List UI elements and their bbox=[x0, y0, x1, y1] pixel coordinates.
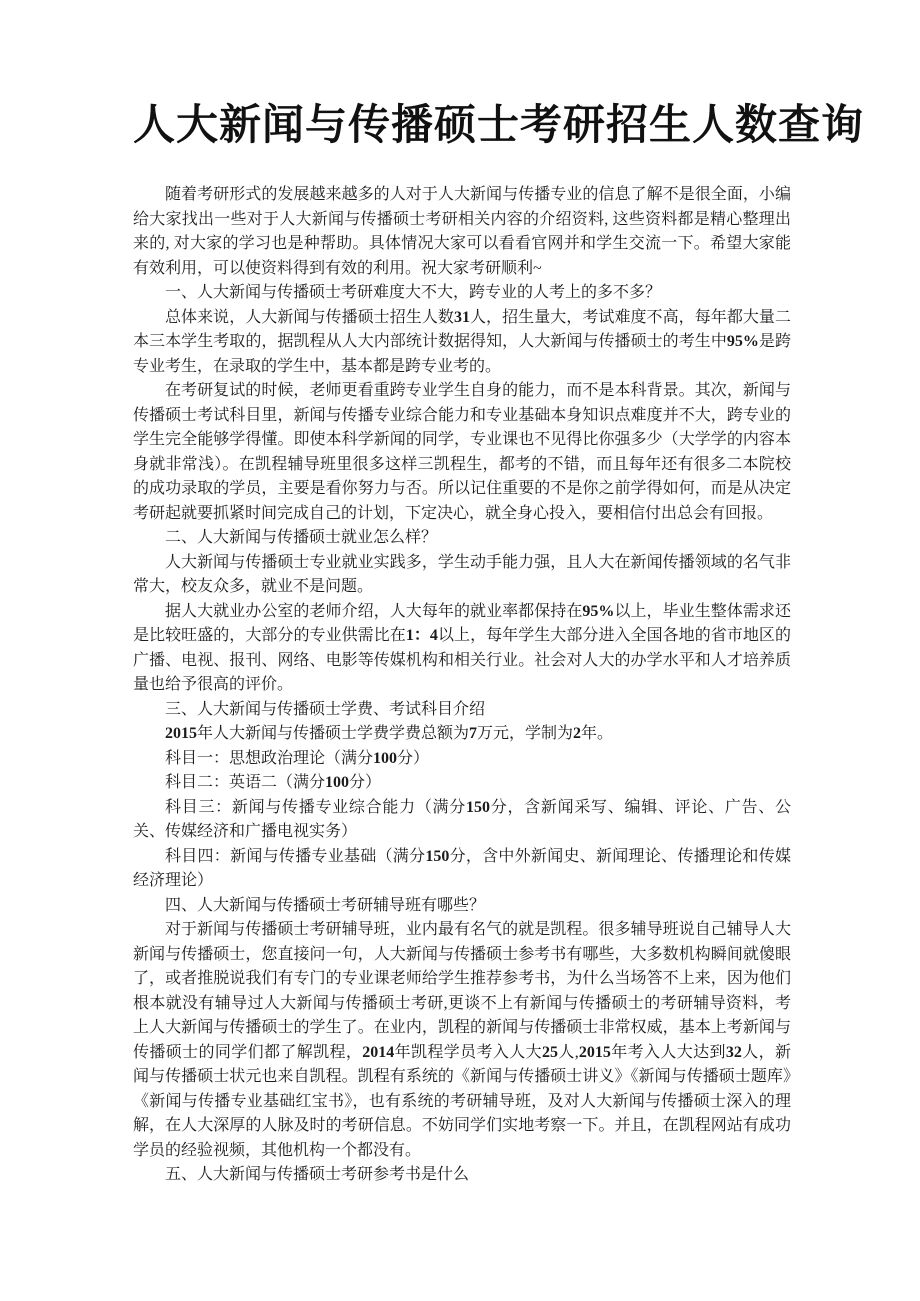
section-heading: 四、人大新闻与传播硕士考研辅导班有哪些？ bbox=[133, 894, 791, 919]
paragraph: 2015年人大新闻与传播硕士学费学费总额为7万元，学制为2年。 bbox=[133, 722, 791, 747]
paragraph: 对于新闻与传播硕士考研辅导班，业内最有名气的就是凯程。很多辅导班说自己辅导人大新… bbox=[133, 918, 791, 1163]
section-heading: 三、人大新闻与传播硕士学费、考试科目介绍 bbox=[133, 698, 791, 723]
section-heading: 二、人大新闻与传播硕士就业怎么样？ bbox=[133, 526, 791, 551]
paragraph: 科目二：英语二（满分100分） bbox=[133, 771, 791, 796]
paragraph: 人大新闻与传播硕士专业就业实践多，学生动手能力强，且人大在新闻传播领域的名气非常… bbox=[133, 551, 791, 600]
document-body: 随着考研形式的发展越来越多的人对于人大新闻与传播专业的信息了解不是很全面，小编给… bbox=[133, 183, 791, 1188]
paragraph: 随着考研形式的发展越来越多的人对于人大新闻与传播专业的信息了解不是很全面，小编给… bbox=[133, 183, 791, 281]
paragraph: 科目四：新闻与传播专业基础（满分150分，含中外新闻史、新闻理论、传播理论和传媒… bbox=[133, 845, 791, 894]
paragraph: 据人大就业办公室的老师介绍，人大每年的就业率都保持在95%以上，毕业生整体需求还… bbox=[133, 600, 791, 698]
section-heading: 一、人大新闻与传播硕士考研难度大不大，跨专业的人考上的多不多？ bbox=[133, 281, 791, 306]
section-heading: 五、人大新闻与传播硕士考研参考书是什么 bbox=[133, 1163, 791, 1188]
paragraph: 科目一：思想政治理论（满分100分） bbox=[133, 747, 791, 772]
paragraph: 科目三：新闻与传播专业综合能力（满分150分，含新闻采写、编辑、评论、广告、公关… bbox=[133, 796, 791, 845]
paragraph: 总体来说，人大新闻与传播硕士招生人数31人，招生量大，考试难度不高，每年都大量二… bbox=[133, 306, 791, 380]
document-page: 人大新闻与传播硕士考研招生人数查询 随着考研形式的发展越来越多的人对于人大新闻与… bbox=[0, 0, 920, 1301]
document-title: 人大新闻与传播硕士考研招生人数查询 bbox=[133, 96, 791, 156]
paragraph: 在考研复试的时候，老师更看重跨专业学生自身的能力，而不是本科背景。其次，新闻与传… bbox=[133, 379, 791, 526]
